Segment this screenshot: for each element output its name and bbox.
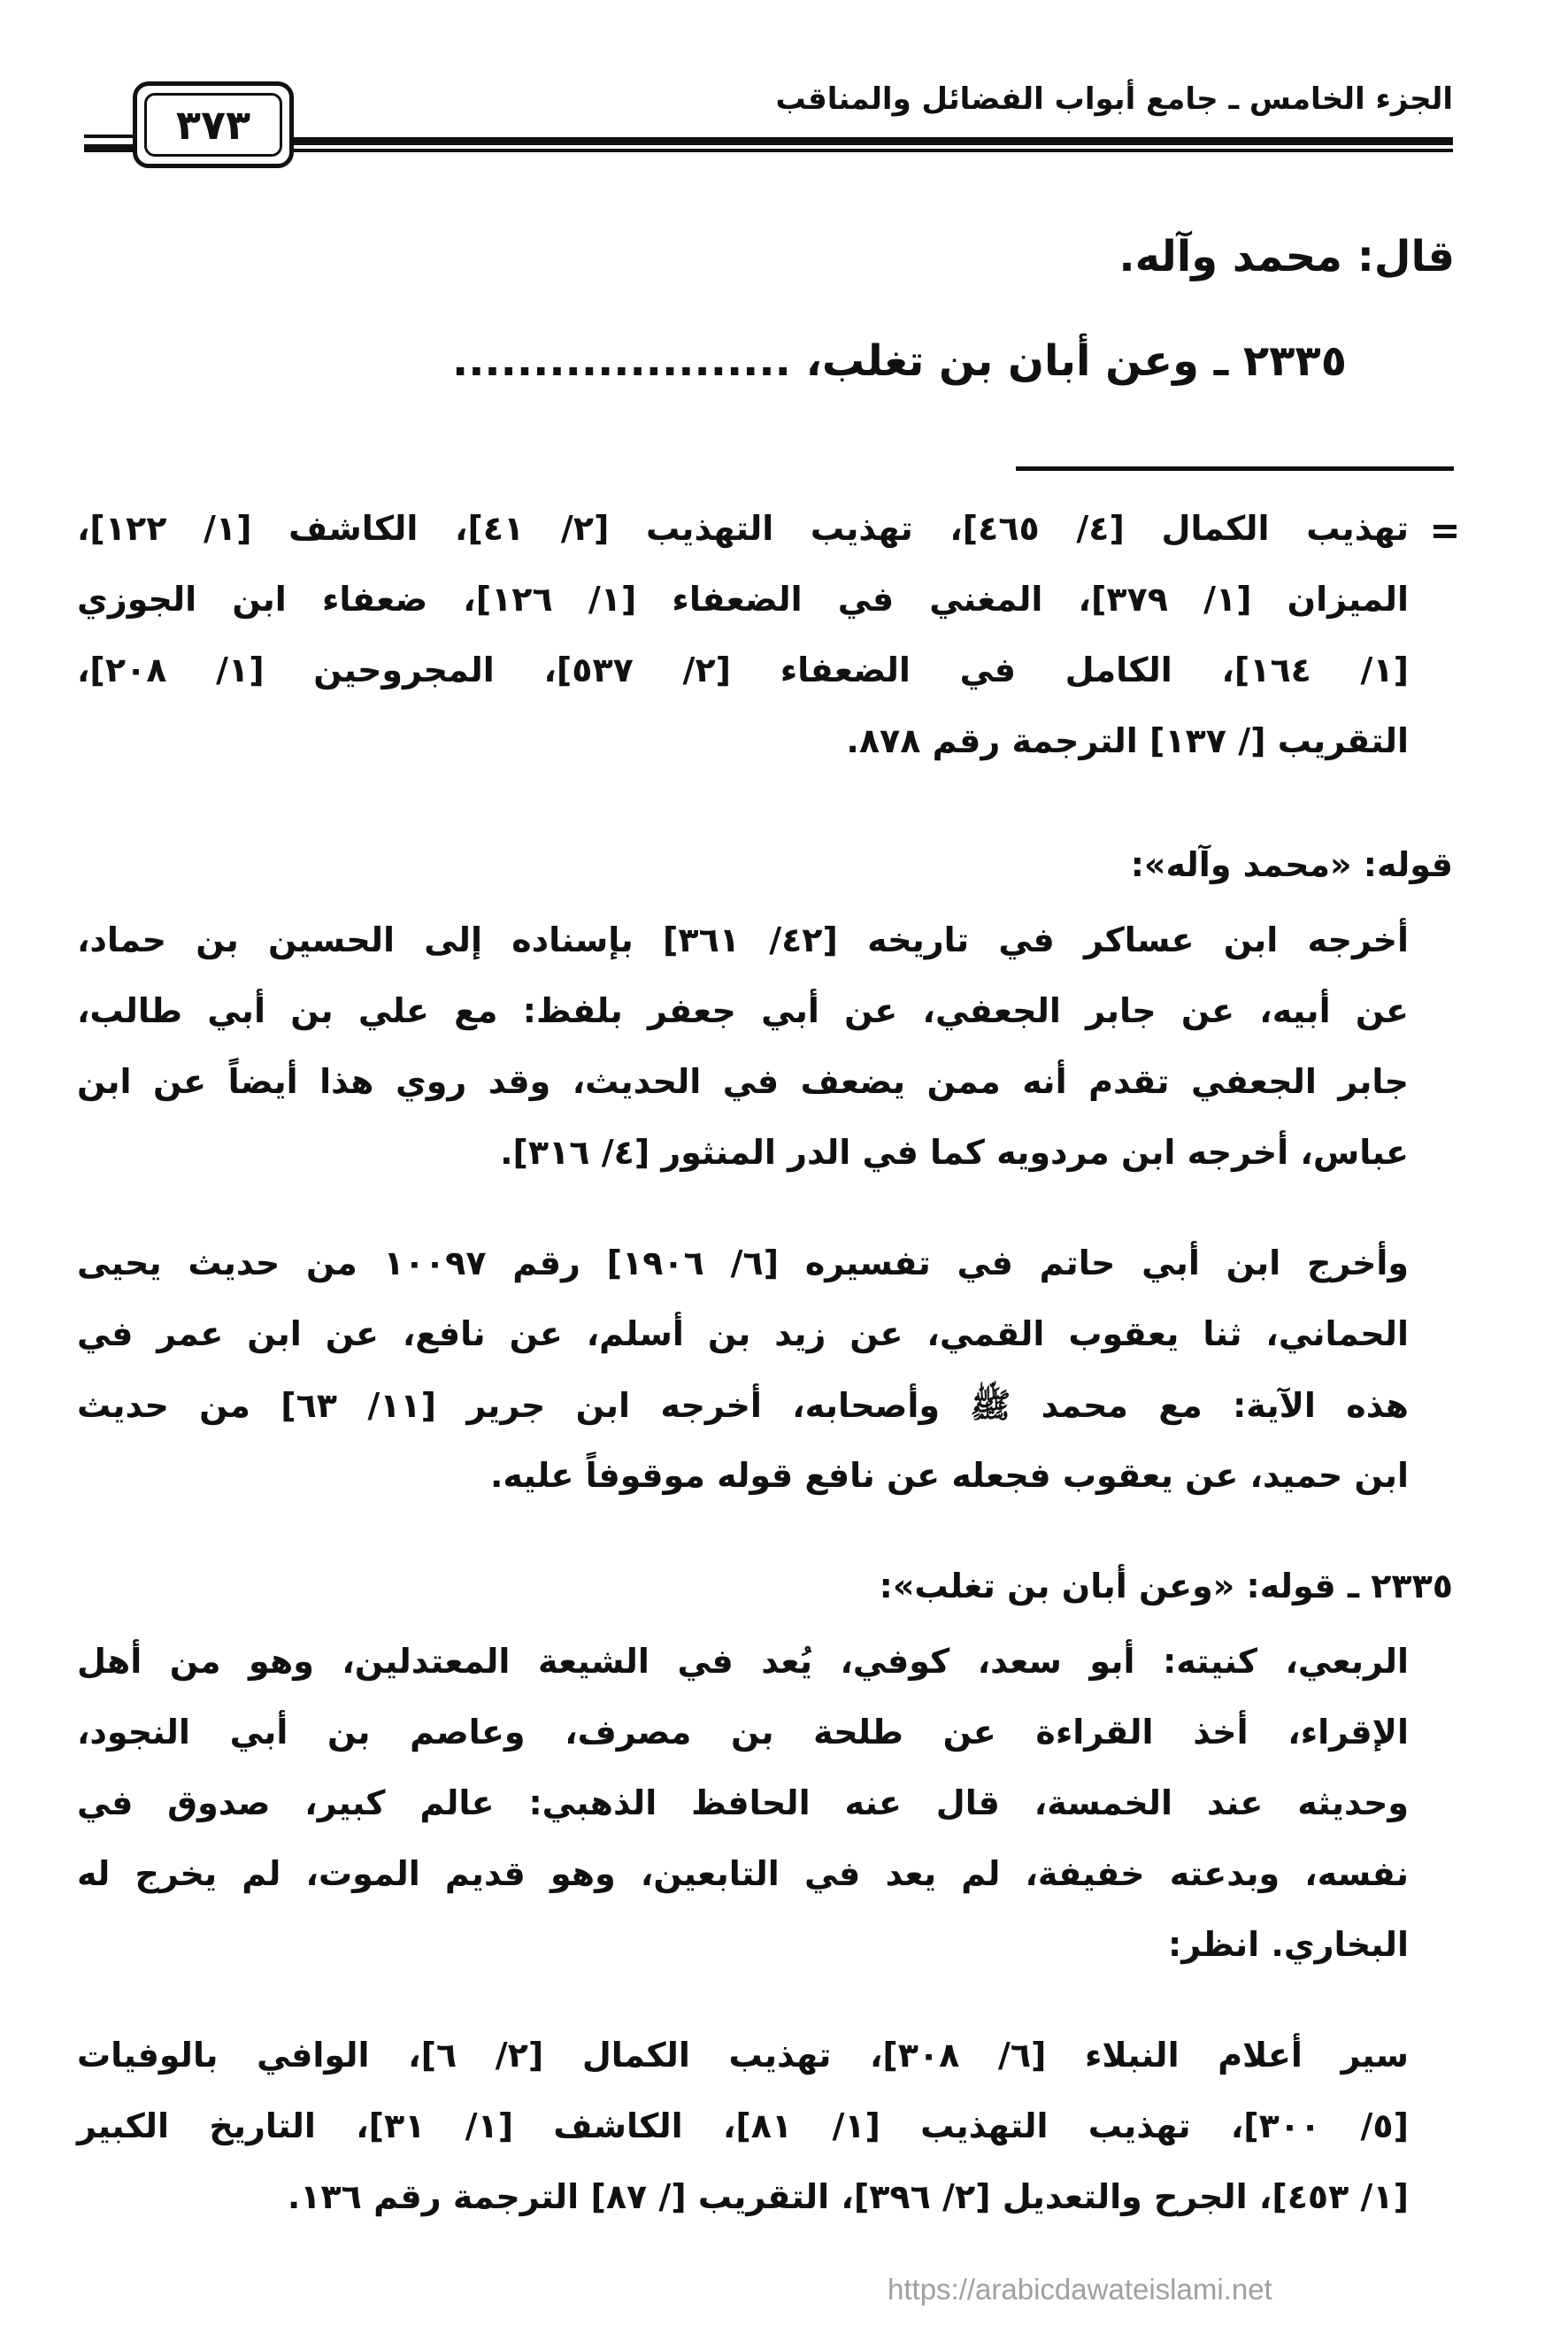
footnote-line: جابر الجعفي تقدم أنه ممن يضعف في الحديث،…	[77, 1062, 1409, 1101]
footnote-line: سير أعلام النبلاء [٦/ ٣٠٨]، تهذيب الكمال…	[77, 2036, 1409, 2075]
footnote-line: [١/ ١٦٤]، الكامل في الضعفاء [٢/ ٥٣٧]، ال…	[77, 651, 1409, 689]
header-rule-left-bottom	[84, 144, 137, 152]
header-rule-bottom	[292, 149, 1453, 152]
footnote-line: أخرجه ابن عساكر في تاريخه [٤٢/ ٣٦١] بإسن…	[77, 920, 1409, 959]
footnote-line: عباس، أخرجه ابن مردويه كما في الدر المنث…	[500, 1133, 1409, 1172]
footnote-line: ابن حميد، عن يعقوب فجعله عن نافع قوله مو…	[490, 1456, 1409, 1495]
footnote-line: الميزان [١/ ٣٧٩]، المغني في الضعفاء [١/ …	[77, 580, 1409, 619]
footnote-line: تهذيب الكمال [٤/ ٤٦٥]، تهذيب التهذيب [٢/…	[77, 509, 1409, 548]
watermark-url: https://arabicdawateislami.net	[888, 2273, 1272, 2306]
continuation-equals-icon	[1433, 525, 1457, 544]
footnote-line: نفسه، وبدعته خفيفة، لم يعد في التابعين، …	[77, 1854, 1409, 1893]
page-number-inner-frame: ٣٧٣	[144, 93, 282, 157]
footnote-line: [١/ ٤٥٣]، الجرح والتعديل [٢/ ٣٩٦]، التقر…	[288, 2177, 1409, 2216]
header-rule-left-top	[84, 135, 137, 138]
footnote-line: التقريب [/ ١٣٧] الترجمة رقم ٨٧٨.	[846, 721, 1409, 760]
footnote-line: هذه الآية: مع محمد ﷺ وأصحابه، أخرجه ابن …	[77, 1385, 1409, 1434]
header-title: الجزء الخامس ـ جامع أبواب الفضائل والمنا…	[775, 81, 1453, 117]
footnote-line: عن أبيه، عن جابر الجعفي، عن أبي جعفر بلف…	[77, 991, 1409, 1030]
footnote-line: الإقراء، أخذ القراءة عن طلحة بن مصرف، وع…	[77, 1713, 1409, 1752]
hadith-text: ٢٣٣٥ ـ وعن أبان بن تغلب، ...............…	[452, 336, 1347, 386]
page-number-frame: ٣٧٣	[133, 81, 294, 168]
footnote-line: الربعي، كنيته: أبو سعد، كوفي، يُعد في ال…	[77, 1642, 1409, 1681]
footnote-heading-2335: ٢٣٣٥ ـ قوله: «وعن أبان بن تغلب»:	[880, 1567, 1453, 1605]
main-line-2-hadith-2335: ٢٣٣٥ ـ وعن أبان بن تغلب، ...............…	[452, 336, 1347, 386]
header-rule-top	[292, 137, 1453, 145]
page-number: ٣٧٣	[176, 101, 250, 149]
main-line-1: قال: محمد وآله.	[1118, 232, 1455, 281]
footnote-line: الحماني، ثنا يعقوب القمي، عن زيد بن أسلم…	[77, 1314, 1409, 1353]
footnote-line: [٥/ ٣٠٠]، تهذيب التهذيب [١/ ٨١]، الكاشف …	[77, 2106, 1409, 2145]
footnote-heading-muhammad-wa-aalihi: قوله: «محمد وآله»:	[1131, 845, 1453, 884]
footnote-separator	[1016, 466, 1454, 471]
footnote-line: وحديثه عند الخمسة، قال عنه الحافظ الذهبي…	[77, 1783, 1409, 1822]
running-header: الجزء الخامس ـ جامع أبواب الفضائل والمنا…	[0, 0, 1568, 177]
footnote-line: وأخرج ابن أبي حاتم في تفسيره [٦/ ١٩٠٦] ر…	[77, 1243, 1409, 1282]
footnote-line: البخاري. انظر:	[1168, 1925, 1409, 1964]
